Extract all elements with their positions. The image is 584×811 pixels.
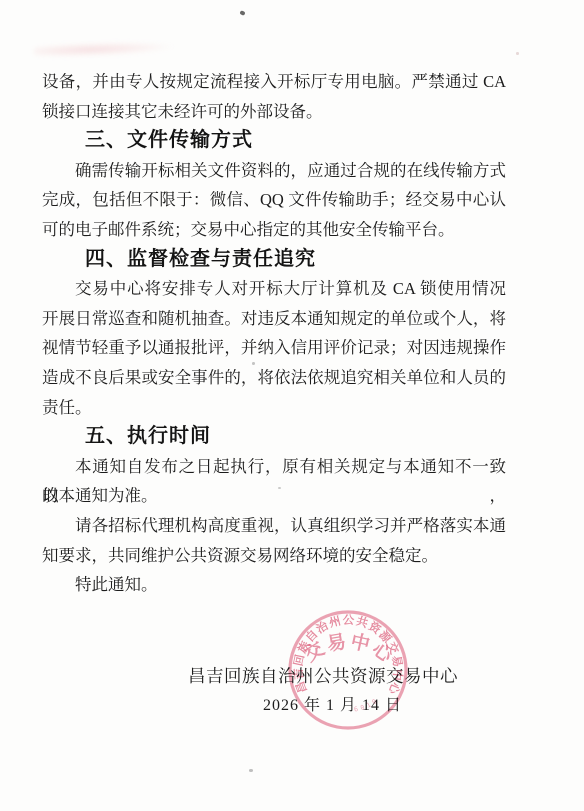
body-line: 知要求，共同维护公共资源交易网络环境的安全稳定。 (42, 541, 506, 571)
body-line: 造成不良后果或安全事件的，将依法依规追究相关单位和人员的 (42, 363, 506, 393)
body-line: 完成，包括但不限于：微信、QQ 文件传输助手；经交易中心认 (42, 185, 506, 215)
scanned-notice-page: 设备，并由专人按规定流程接入开标厅专用电脑。严禁通过 CA 锁接口连接其它未经许… (0, 0, 584, 811)
notice-body: 设备，并由专人按规定流程接入开标厅专用电脑。严禁通过 CA 锁接口连接其它未经许… (42, 67, 506, 721)
section-heading-5: 五、执行时间 (42, 422, 506, 452)
body-line: 设备，并由专人按规定流程接入开标厅专用电脑。严禁通过 CA (42, 67, 506, 97)
signature-gap (42, 600, 506, 662)
signature-date: 2026 年 1 月 14 日 (42, 691, 506, 721)
body-line: 开展日常巡查和随机抽查。对违反本通知规定的单位或个人，将 (42, 304, 506, 334)
body-line: 特此通知。 (42, 570, 506, 600)
body-line: 责任。 (42, 393, 506, 423)
body-line: 视情节轻重予以通报批评，并纳入信用评价记录；对因违规操作 (42, 333, 506, 363)
scan-smudge (34, 40, 176, 59)
scan-artifact (249, 769, 253, 772)
signature-org: 昌吉回族自治州公共资源交易中心 (42, 662, 506, 692)
body-line: 本通知自发布之日起执行，原有相关规定与本通知不一致的， (42, 452, 506, 482)
section-heading-4: 四、监督检查与责任追究 (42, 245, 506, 275)
body-line: 确需传输开标相关文件资料的，应通过合规的在线传输方式 (42, 156, 506, 186)
body-line: 可的电子邮件系统；交易中心指定的其他安全传输平台。 (42, 215, 506, 245)
section-heading-3: 三、文件传输方式 (42, 126, 506, 156)
body-line: 交易中心将安排专人对开标大厅计算机及 CA 锁使用情况 (42, 274, 506, 304)
scan-artifact (239, 10, 245, 16)
body-line: 锁接口连接其它未经许可的外部设备。 (42, 97, 506, 127)
body-line: 请各招标代理机构高度重视，认真组织学习并严格落实本通 (42, 511, 506, 541)
scan-artifact (516, 52, 519, 55)
